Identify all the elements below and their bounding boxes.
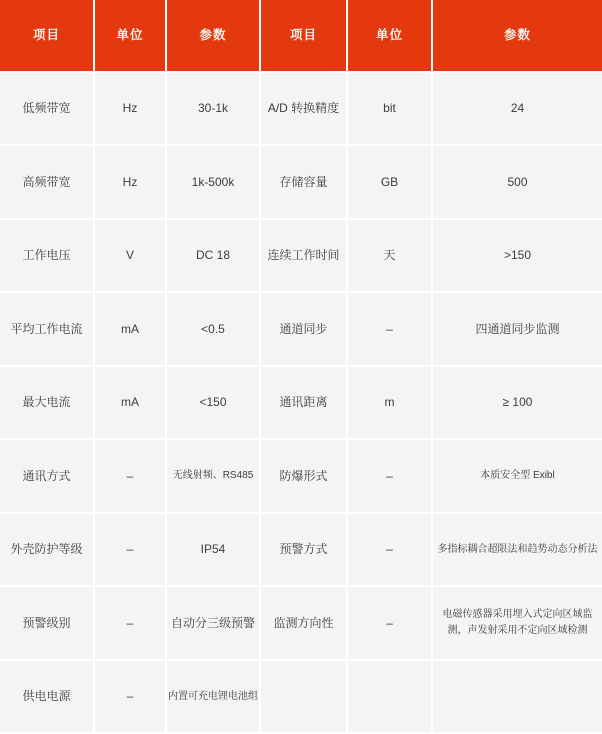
item-cell: 低频带宽	[0, 73, 93, 144]
unit-cell: Hz	[95, 146, 165, 217]
unit-cell: mA	[95, 367, 165, 438]
param-cell: 24	[433, 73, 602, 144]
header-cell-unit: 单位	[95, 0, 165, 71]
param-cell: 电磁传感器采用埋入式定向区域监测，声发射采用不定向区域检测	[433, 587, 602, 658]
unit-cell: m	[348, 367, 431, 438]
item-cell: A/D 转换精度	[261, 73, 346, 144]
spec-table: 项目单位参数项目单位参数低频带宽Hz30-1kA/D 转换精度bit24高频带宽…	[0, 0, 602, 734]
item-cell: 预警方式	[261, 514, 346, 585]
param-cell: 30-1k	[167, 73, 259, 144]
item-cell: 防爆形式	[261, 440, 346, 511]
unit-cell: –	[348, 514, 431, 585]
param-cell: 多指标耦合超限法和趋势动态分析法	[433, 514, 602, 585]
param-cell: ≥ 100	[433, 367, 602, 438]
item-cell: 外壳防护等级	[0, 514, 93, 585]
unit-cell	[348, 661, 431, 732]
param-cell: <150	[167, 367, 259, 438]
unit-cell: –	[348, 293, 431, 364]
item-cell: 连续工作时间	[261, 220, 346, 291]
param-cell: 自动分三级预警	[167, 587, 259, 658]
param-cell: 内置可充电锂电池组	[167, 661, 259, 732]
param-cell: 1k-500k	[167, 146, 259, 217]
param-cell: 无线射频、RS485	[167, 440, 259, 511]
unit-cell: 天	[348, 220, 431, 291]
header-cell-param: 参数	[167, 0, 259, 71]
header-cell-param: 参数	[433, 0, 602, 71]
item-cell: 通讯距离	[261, 367, 346, 438]
param-cell: 本质安全型 Exibl	[433, 440, 602, 511]
item-cell: 通讯方式	[0, 440, 93, 511]
item-cell: 高频带宽	[0, 146, 93, 217]
unit-cell: V	[95, 220, 165, 291]
item-cell: 供电电源	[0, 661, 93, 732]
param-cell: <0.5	[167, 293, 259, 364]
item-cell: 监测方向性	[261, 587, 346, 658]
param-cell: DC 18	[167, 220, 259, 291]
unit-cell: GB	[348, 146, 431, 217]
item-cell: 存储容量	[261, 146, 346, 217]
header-cell-item: 项目	[261, 0, 346, 71]
unit-cell: mA	[95, 293, 165, 364]
param-cell: 四通道同步监测	[433, 293, 602, 364]
item-cell	[261, 661, 346, 732]
item-cell: 通道同步	[261, 293, 346, 364]
unit-cell: –	[95, 587, 165, 658]
header-cell-item: 项目	[0, 0, 93, 71]
header-cell-unit: 单位	[348, 0, 431, 71]
item-cell: 工作电压	[0, 220, 93, 291]
item-cell: 平均工作电流	[0, 293, 93, 364]
unit-cell: –	[95, 661, 165, 732]
unit-cell: –	[348, 440, 431, 511]
param-cell	[433, 661, 602, 732]
param-cell: 500	[433, 146, 602, 217]
unit-cell: –	[95, 514, 165, 585]
unit-cell: –	[348, 587, 431, 658]
item-cell: 最大电流	[0, 367, 93, 438]
item-cell: 预警级别	[0, 587, 93, 658]
unit-cell: Hz	[95, 73, 165, 144]
param-cell: IP54	[167, 514, 259, 585]
unit-cell: bit	[348, 73, 431, 144]
param-cell: >150	[433, 220, 602, 291]
unit-cell: –	[95, 440, 165, 511]
